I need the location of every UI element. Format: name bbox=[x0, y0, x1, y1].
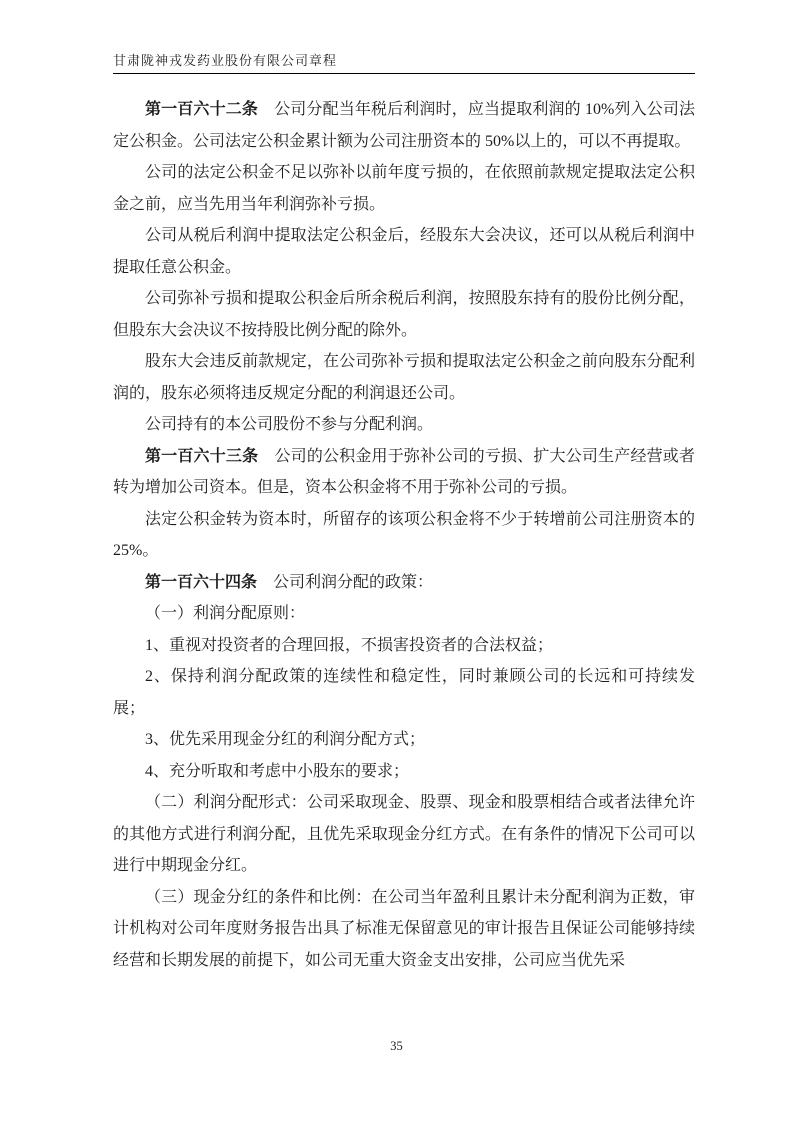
article-number: 第一百六十二条 bbox=[145, 101, 258, 118]
header-rule bbox=[113, 73, 695, 74]
paragraph: 公司从税后利润中提取法定公积金后，经股东大会决议，还可以从税后利润中提取任意公积… bbox=[113, 220, 695, 283]
paragraph-article-164: 第一百六十四条 公司利润分配的政策： bbox=[113, 567, 695, 599]
paragraph-text: 1、重视对投资者的合理回报，不损害投资者的合法权益； bbox=[145, 637, 553, 654]
paragraph-text: 公司持有的本公司股份不参与分配利润。 bbox=[145, 416, 433, 433]
paragraph-text: 公司的法定公积金不足以弥补以前年度亏损的，在依照前款规定提取法定公积金之前，应当… bbox=[113, 164, 695, 213]
paragraph-text: 4、充分听取和考虑中小股东的要求； bbox=[145, 763, 409, 780]
paragraph-list-item: （二）利润分配形式：公司采取现金、股票、现金和股票相结合或者法律允许的其他方式进… bbox=[113, 787, 695, 882]
paragraph: 公司持有的本公司股份不参与分配利润。 bbox=[113, 409, 695, 441]
page-number: 35 bbox=[390, 1039, 403, 1053]
paragraph-list-item: 3、优先采用现金分红的利润分配方式； bbox=[113, 724, 695, 756]
paragraph: 公司的法定公积金不足以弥补以前年度亏损的，在依照前款规定提取法定公积金之前，应当… bbox=[113, 157, 695, 220]
page-header: 甘肃陇神戎发药业股份有限公司章程 bbox=[113, 50, 695, 74]
paragraph-text: 2、保持利润分配政策的连续性和稳定性，同时兼顾公司的长远和可持续发展； bbox=[113, 668, 695, 717]
paragraph-list-item: 1、重视对投资者的合理回报，不损害投资者的合法权益； bbox=[113, 630, 695, 662]
paragraph: 公司弥补亏损和提取公积金后所余税后利润，按照股东持有的股份比例分配，但股东大会决… bbox=[113, 283, 695, 346]
paragraph-text: （一）利润分配原则： bbox=[145, 605, 305, 622]
paragraph-text: （三）现金分红的条件和比例：在公司当年盈利且累计未分配利润为正数，审计机构对公司… bbox=[113, 889, 695, 969]
paragraph: 股东大会违反前款规定，在公司弥补亏损和提取法定公积金之前向股东分配利润的，股东必… bbox=[113, 346, 695, 409]
paragraph-text: 公司利润分配的政策： bbox=[257, 574, 433, 591]
paragraph-text: 法定公积金转为资本时，所留存的该项公积金将不少于转增前公司注册资本的 25%。 bbox=[113, 511, 695, 560]
article-number: 第一百六十三条 bbox=[145, 448, 258, 465]
page-footer: 35 bbox=[0, 1037, 793, 1055]
article-number: 第一百六十四条 bbox=[145, 574, 257, 591]
paragraph-list-item: 2、保持利润分配政策的连续性和稳定性，同时兼顾公司的长远和可持续发展； bbox=[113, 661, 695, 724]
paragraph-text: 3、优先采用现金分红的利润分配方式； bbox=[145, 731, 425, 748]
document-body: 第一百六十二条 公司分配当年税后利润时，应当提取利润的 10%列入公司法定公积金… bbox=[113, 94, 695, 976]
paragraph-list-item: （三）现金分红的条件和比例：在公司当年盈利且累计未分配利润为正数，审计机构对公司… bbox=[113, 882, 695, 977]
header-title: 甘肃陇神戎发药业股份有限公司章程 bbox=[113, 50, 695, 73]
paragraph-article-163: 第一百六十三条 公司的公积金用于弥补公司的亏损、扩大公司生产经营或者转为增加公司… bbox=[113, 441, 695, 504]
paragraph-text: （二）利润分配形式：公司采取现金、股票、现金和股票相结合或者法律允许的其他方式进… bbox=[113, 794, 695, 874]
document-page: 甘肃陇神戎发药业股份有限公司章程 第一百六十二条 公司分配当年税后利润时，应当提… bbox=[0, 0, 793, 1122]
paragraph-list-item: 4、充分听取和考虑中小股东的要求； bbox=[113, 756, 695, 788]
paragraph-text: 公司从税后利润中提取法定公积金后，经股东大会决议，还可以从税后利润中提取任意公积… bbox=[113, 227, 695, 276]
paragraph-text: 股东大会违反前款规定，在公司弥补亏损和提取法定公积金之前向股东分配利润的，股东必… bbox=[113, 353, 695, 402]
paragraph-list-item: （一）利润分配原则： bbox=[113, 598, 695, 630]
paragraph-text: 公司弥补亏损和提取公积金后所余税后利润，按照股东持有的股份比例分配，但股东大会决… bbox=[113, 290, 695, 339]
paragraph: 法定公积金转为资本时，所留存的该项公积金将不少于转增前公司注册资本的 25%。 bbox=[113, 504, 695, 567]
paragraph-article-162: 第一百六十二条 公司分配当年税后利润时，应当提取利润的 10%列入公司法定公积金… bbox=[113, 94, 695, 157]
